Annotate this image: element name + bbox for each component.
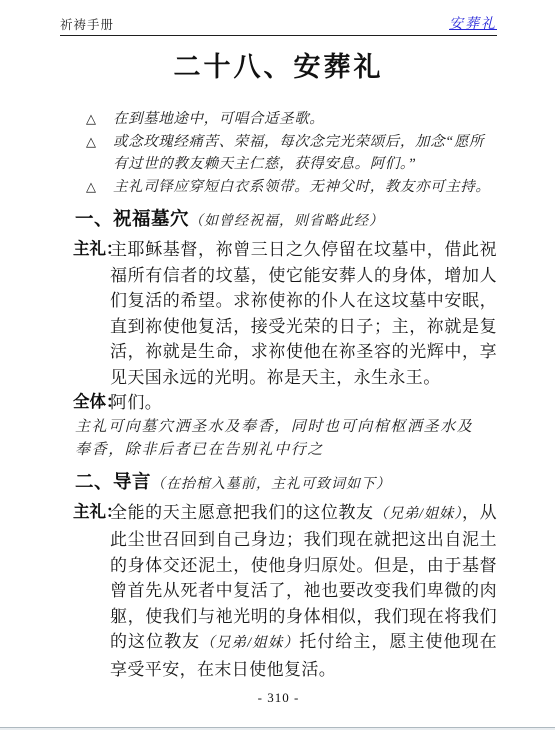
triangle-bullet-icon: △ bbox=[86, 131, 97, 154]
celebrant-paragraph-1: 主礼： 主耶稣基督，祢曾三日之久停留在坟墓中，借此祝福所有信者的坟墓，使它能安葬… bbox=[60, 237, 497, 390]
all-label: 全体： bbox=[73, 390, 123, 416]
section-2-heading-title: 二、导言 bbox=[75, 471, 151, 492]
section-1-heading: 一、祝福墓穴（如曾经祝福，则省略此经） bbox=[75, 207, 497, 233]
celebrant-text: 主耶稣基督，祢曾三日之久停留在坟墓中，借此祝福所有信者的坟墓，使它能安葬人的身体… bbox=[110, 240, 497, 387]
celebrant-text-part: 全能的天主愿意把我们的这位教友 bbox=[110, 503, 374, 522]
rubric-note: 主礼可向墓穴洒圣水及奉香，同时也可向棺枢洒圣水及奉香，除非后者已在告别礼中行之 bbox=[75, 416, 487, 462]
celebrant-label: 主礼： bbox=[73, 237, 123, 263]
celebrant-label: 主礼： bbox=[73, 500, 123, 526]
celebrant-paragraph-2: 主礼： 全能的天主愿意把我们的这位教友（兄弟/姐妹），从此尘世召回到自己身边；我… bbox=[60, 500, 497, 683]
celebrant-text-part: ，从此尘世召回到自己身边；我们现在就把这出自泥土的身体交还泥土，使他身归原处。但… bbox=[110, 503, 497, 652]
brother-sister-note: （兄弟/姐妹） bbox=[374, 506, 462, 522]
notice-item: △ 或念玫瑰经痛苦、荣福，每次念完光荣颂后，加念“愿所有过世的教友赖天主仁慈，获… bbox=[60, 131, 497, 176]
notice-text: 主礼司铎应穿短白衣系领带。无神父时，教友亦可主持。 bbox=[113, 179, 491, 195]
notice-item: △ 在到墓地途中，可唱合适圣歌。 bbox=[60, 108, 497, 131]
section-1-heading-note: （如曾经祝福，则省略此经） bbox=[189, 214, 384, 229]
section-2-heading-note: （在抬棺入墓前，主礼可致词如下） bbox=[151, 477, 391, 492]
booklet-title: 祈祷手册 bbox=[60, 15, 114, 33]
notice-text: 在到墓地途中，可唱合适圣歌。 bbox=[113, 111, 324, 127]
triangle-bullet-icon: △ bbox=[86, 108, 97, 131]
page-title: 二十八、安葬礼 bbox=[60, 52, 497, 82]
page-number: - 310 - bbox=[60, 690, 497, 706]
document-page: 祈祷手册 安葬礼 二十八、安葬礼 △ 在到墓地途中，可唱合适圣歌。 △ 或念玫瑰… bbox=[0, 0, 555, 730]
all-response-line: 全体： 阿们。 bbox=[60, 390, 497, 416]
rubric-notice-list: △ 在到墓地途中，可唱合适圣歌。 △ 或念玫瑰经痛苦、荣福，每次念完光荣颂后，加… bbox=[60, 108, 497, 198]
section-1-heading-title: 一、祝福墓穴 bbox=[75, 208, 189, 229]
notice-item: △ 主礼司铎应穿短白衣系领带。无神父时，教友亦可主持。 bbox=[60, 176, 497, 199]
celebrant-text: 全能的天主愿意把我们的这位教友（兄弟/姐妹），从此尘世召回到自己身边；我们现在就… bbox=[110, 503, 497, 679]
page-header: 祈祷手册 安葬礼 bbox=[60, 0, 497, 36]
brother-sister-note: （兄弟/姐妹） bbox=[200, 635, 299, 651]
triangle-bullet-icon: △ bbox=[86, 176, 97, 199]
section-2-heading: 二、导言（在抬棺入墓前，主礼可致词如下） bbox=[75, 470, 497, 496]
notice-text: 或念玫瑰经痛苦、荣福，每次念完光荣颂后，加念“愿所有过世的教友赖天主仁慈，获得安… bbox=[113, 134, 484, 173]
section-hyperlink[interactable]: 安葬礼 bbox=[449, 13, 497, 33]
